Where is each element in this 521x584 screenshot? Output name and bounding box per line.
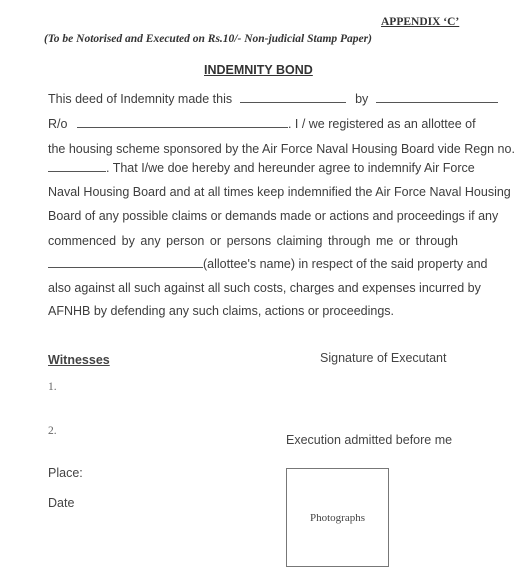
address-blank-field[interactable]	[77, 116, 288, 128]
witnesses-heading: Witnesses	[48, 353, 110, 367]
body-line-8: (allottee's name) in respect of the said…	[48, 256, 458, 272]
body-line-10: AFNHB by defending any such claims, acti…	[48, 303, 458, 319]
body-line-2: R/o . I / we registered as an allottee o…	[48, 116, 458, 132]
text-registered-allottee: . I / we registered as an allottee of	[288, 117, 476, 131]
photographs-box: Photographs	[286, 468, 389, 567]
signature-of-executant-label: Signature of Executant	[320, 351, 446, 365]
photographs-label: Photographs	[310, 512, 365, 524]
appendix-label: APPENDIX ‘C’	[381, 16, 459, 28]
allottee-name-blank-field[interactable]	[48, 256, 203, 268]
text-by: by	[355, 92, 368, 106]
witness-1-label: 1.	[48, 381, 57, 393]
regn-no-blank-field[interactable]	[48, 160, 106, 172]
date-label: Date	[48, 496, 74, 510]
stamp-paper-note: (To be Notorised and Executed on Rs.10/-…	[44, 33, 372, 45]
body-line-6: Board of any possible claims or demands …	[48, 208, 458, 224]
date-blank-field[interactable]	[240, 91, 346, 103]
body-line-1: This deed of Indemnity made this by	[48, 91, 458, 107]
body-line-7: commenced by any person or persons claim…	[48, 233, 458, 249]
text-deed-made: This deed of Indemnity made this	[48, 92, 232, 106]
body-line-5: Naval Housing Board and at all times kee…	[48, 184, 458, 200]
executant-name-blank-field[interactable]	[376, 91, 498, 103]
text-allottee-name: (allottee's name) in respect of the said…	[203, 257, 488, 271]
place-label: Place:	[48, 466, 83, 480]
witness-2-label: 2.	[48, 425, 57, 437]
document-title: INDEMNITY BOND	[204, 63, 313, 77]
body-line-9: also against all such against all such c…	[48, 280, 458, 296]
text-indemnify: . That I/we doe hereby and hereunder agr…	[106, 161, 475, 175]
execution-admitted-label: Execution admitted before me	[286, 433, 452, 447]
body-line-4: . That I/we doe hereby and hereunder agr…	[48, 160, 458, 176]
body-line-3: the housing scheme sponsored by the Air …	[48, 141, 458, 157]
text-resident-of: R/o	[48, 117, 67, 131]
